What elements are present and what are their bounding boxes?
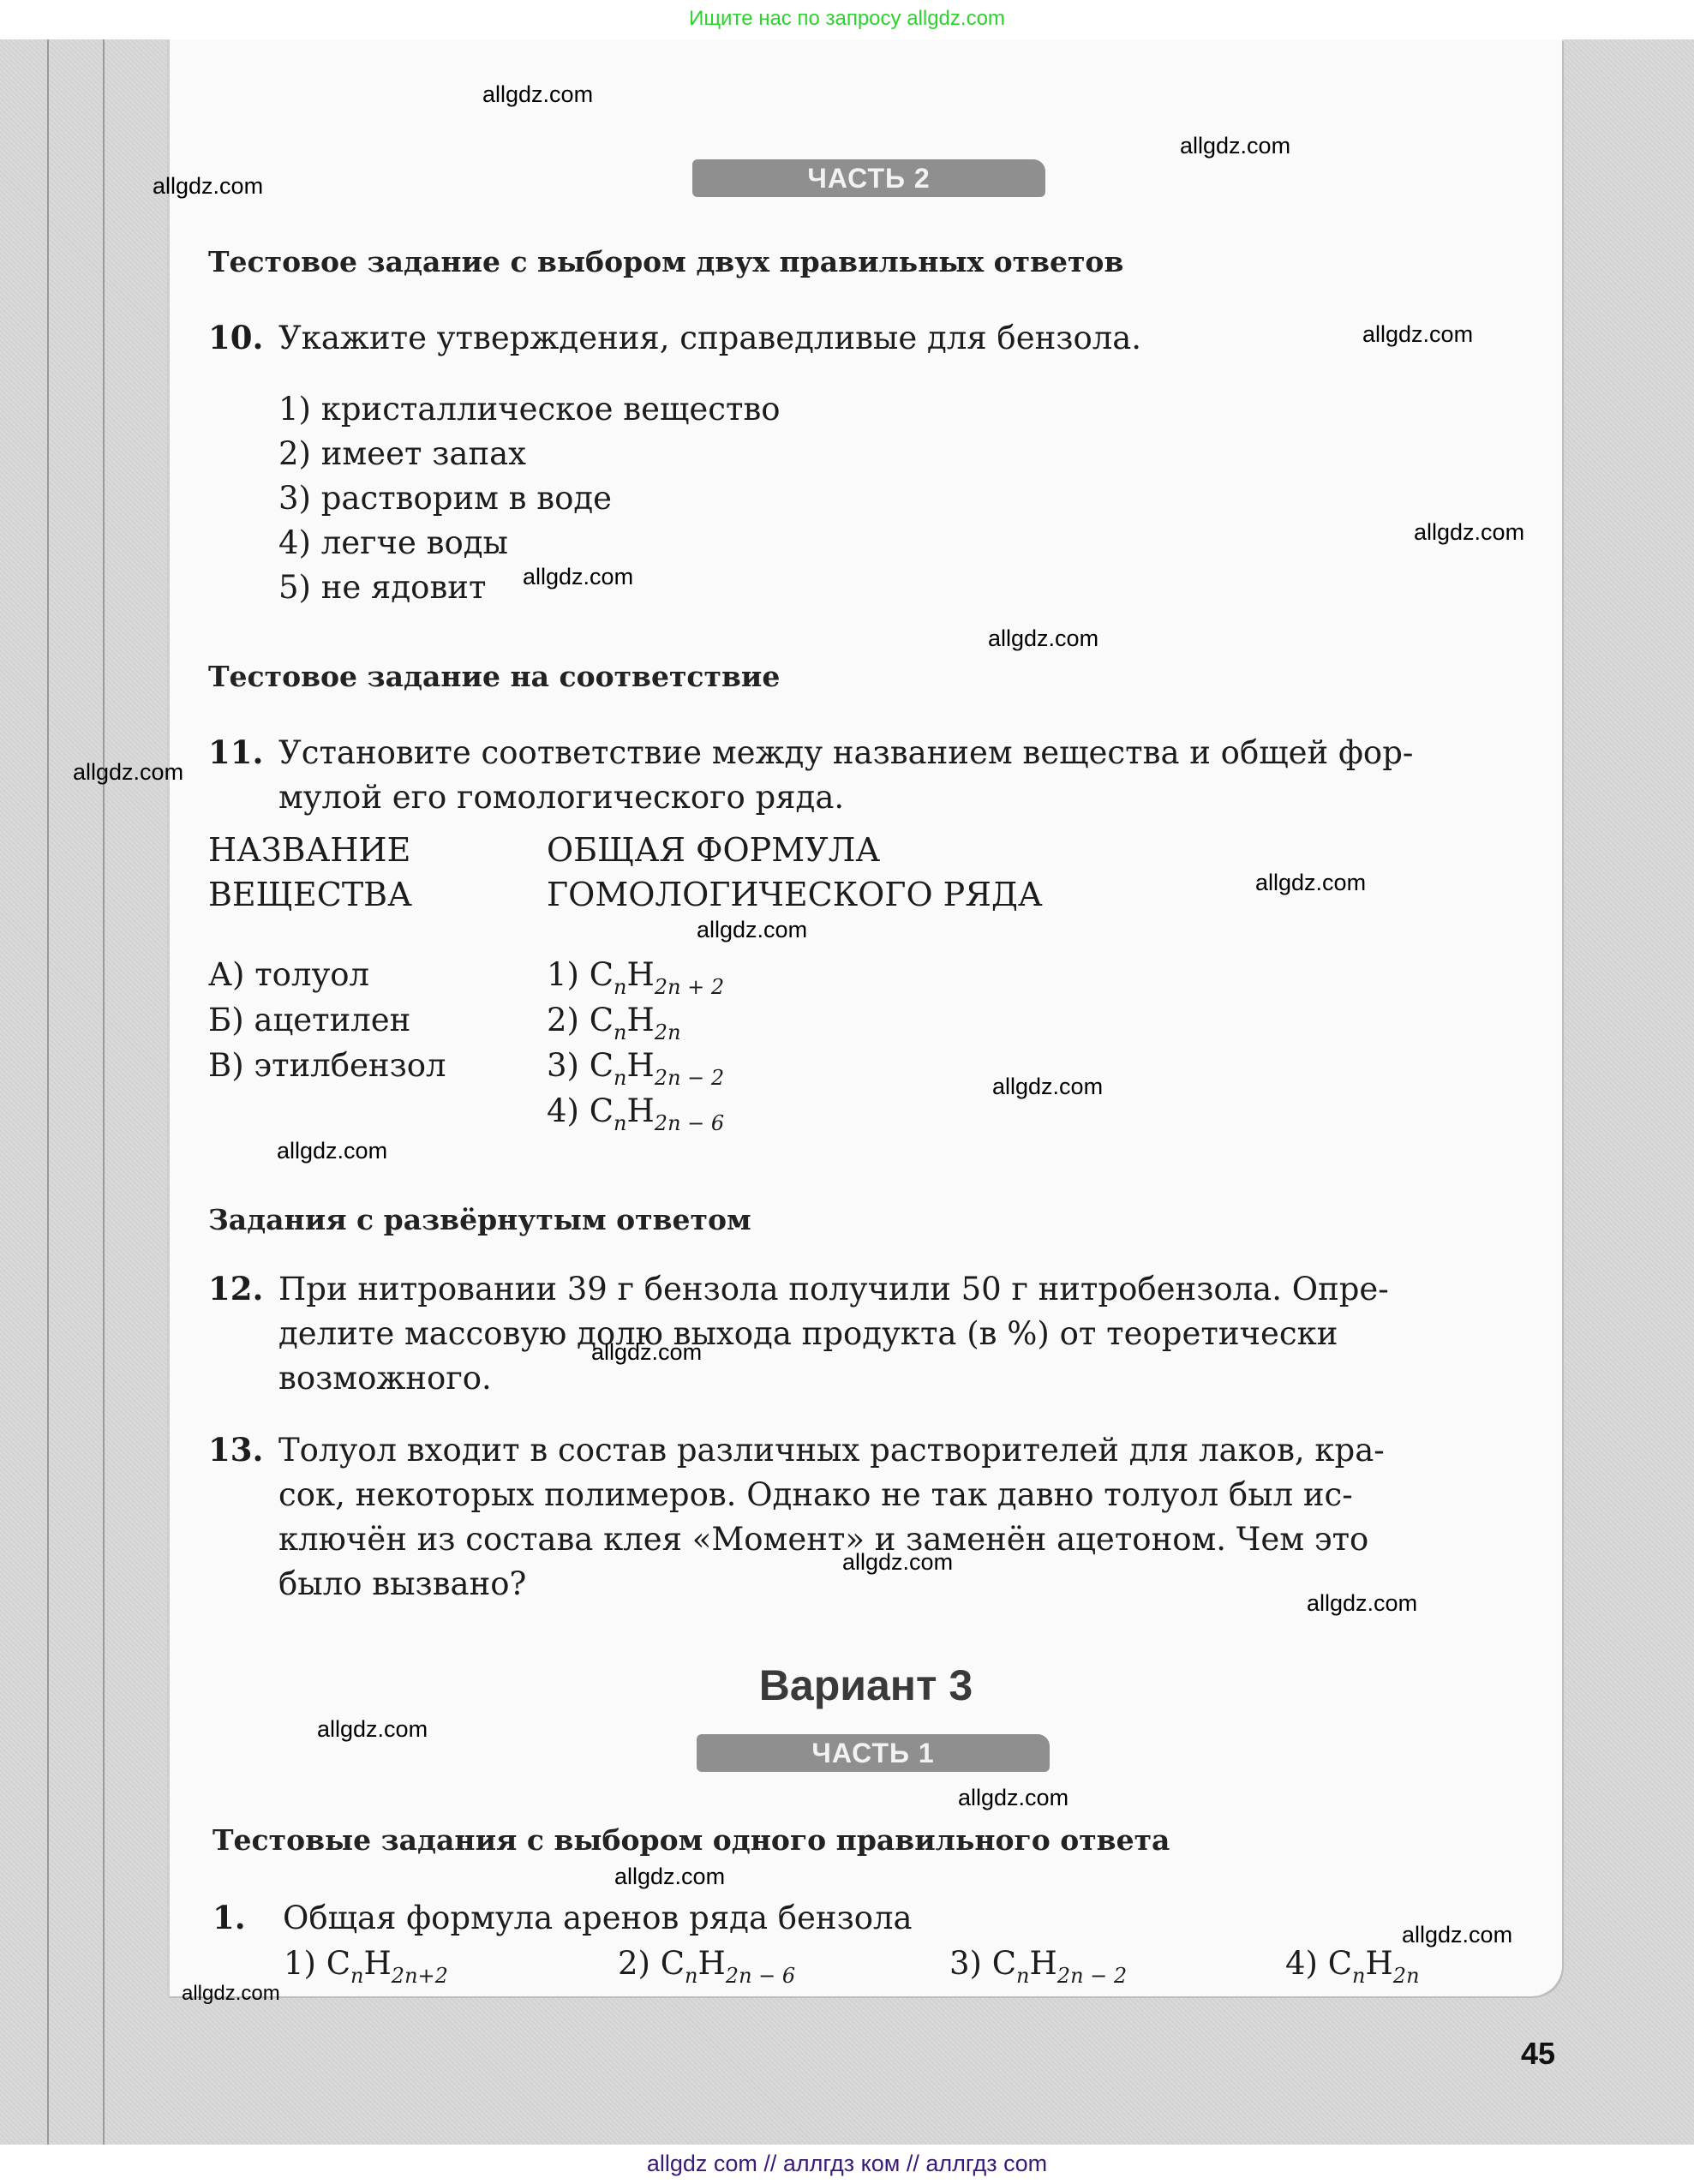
section-heading-matching: Тестовое задание на соответствие bbox=[208, 660, 780, 693]
question-text: Установите соответствие между названием … bbox=[278, 734, 1413, 771]
question-text: При нитровании 39 г бензола получили 50 … bbox=[278, 1271, 1389, 1307]
part-2-tab: ЧАСТЬ 2 bbox=[692, 159, 1045, 197]
question-text: возможного. bbox=[208, 1356, 1528, 1401]
part-1-tab: ЧАСТЬ 1 bbox=[697, 1734, 1050, 1772]
top-banner: Ищите нас по запросу allgdz.com bbox=[0, 0, 1694, 39]
formula-item: 3) CnH2n − 2 bbox=[547, 1047, 724, 1090]
watermark: allgdz.com bbox=[182, 1982, 280, 2006]
watermark: allgdz.com bbox=[1180, 133, 1290, 159]
watermark: allgdz.com bbox=[992, 1074, 1103, 1100]
page-number: 45 bbox=[1521, 2036, 1555, 2072]
watermark: allgdz.com bbox=[1307, 1590, 1417, 1617]
variant-title: Вариант 3 bbox=[170, 1660, 1562, 1710]
question-v3-1: 1.Общая формула аренов ряда бензола bbox=[212, 1895, 913, 1941]
question-number: 10. bbox=[208, 315, 278, 360]
watermark: allgdz.com bbox=[1402, 1922, 1512, 1948]
substance-item: Б) ацетилен bbox=[208, 1002, 410, 1038]
watermark: allgdz.com bbox=[523, 564, 633, 590]
watermark: allgdz.com bbox=[697, 917, 807, 943]
watermark: allgdz.com bbox=[614, 1864, 725, 1890]
question-text: делите массовую долю выхода продукта (в … bbox=[208, 1312, 1528, 1356]
answer-option: 2) CnH2n − 6 bbox=[618, 1945, 795, 1988]
header-line: НАЗВАНИЕ bbox=[208, 828, 412, 872]
header-line: ВЕЩЕСТВА bbox=[208, 872, 412, 917]
substance-item: А) толуол bbox=[208, 956, 369, 993]
formula-item: 4) CnH2n − 6 bbox=[547, 1092, 724, 1135]
watermark: allgdz.com bbox=[73, 759, 183, 786]
question-number: 11. bbox=[208, 730, 278, 775]
answer-option: 1) CnH2n+2 bbox=[284, 1945, 448, 1988]
question-text: Толуол входит в состав различных раствор… bbox=[278, 1432, 1385, 1469]
question-text: мулой его гомологического ряда. bbox=[208, 775, 1528, 820]
section-heading-one-answer: Тестовые задания с выбором одного правил… bbox=[212, 1823, 1170, 1857]
book-spine-line bbox=[47, 39, 49, 2145]
option: 1) кристаллическое вещество bbox=[278, 391, 781, 428]
question-11: 11.Установите соответствие между названи… bbox=[208, 730, 1528, 820]
section-heading-two-answers: Тестовое задание с выбором двух правильн… bbox=[208, 245, 1123, 278]
question-12: 12.При нитровании 39 г бензола получили … bbox=[208, 1266, 1528, 1401]
watermark: allgdz.com bbox=[153, 173, 263, 200]
watermark: allgdz.com bbox=[1362, 321, 1473, 348]
formula-item: 2) CnH2n bbox=[547, 1002, 681, 1044]
column-header-substance: НАЗВАНИЕ ВЕЩЕСТВА bbox=[208, 828, 412, 917]
option: 4) легче воды bbox=[278, 524, 508, 561]
question-number: 12. bbox=[208, 1266, 278, 1311]
answer-option: 4) CnH2n bbox=[1285, 1945, 1420, 1988]
option: 2) имеет запах bbox=[278, 435, 526, 472]
watermark: allgdz.com bbox=[482, 81, 593, 108]
watermark: allgdz.com bbox=[1255, 870, 1366, 896]
question-text: сок, некоторых полимеров. Однако не так … bbox=[208, 1473, 1528, 1517]
header-line: ГОМОЛОГИЧЕСКОГО РЯДА bbox=[547, 872, 1043, 917]
question-10: 10.Укажите утверждения, справедливые для… bbox=[208, 315, 1141, 361]
option: 3) растворим в воде bbox=[278, 480, 612, 517]
watermark: allgdz.com bbox=[958, 1785, 1068, 1811]
book-spine-line bbox=[103, 39, 105, 2145]
bottom-banner: allgdz com // аллгдз ком // аллгдз com bbox=[0, 2145, 1694, 2184]
watermark: allgdz.com bbox=[591, 1339, 702, 1366]
question-number: 13. bbox=[208, 1427, 278, 1472]
watermark: allgdz.com bbox=[988, 625, 1098, 652]
question-13: 13.Толуол входит в состав различных раст… bbox=[208, 1427, 1528, 1607]
question-number: 1. bbox=[212, 1895, 283, 1940]
watermark: allgdz.com bbox=[277, 1138, 387, 1164]
answer-option: 3) CnH2n − 2 bbox=[949, 1945, 1127, 1988]
watermark: allgdz.com bbox=[317, 1716, 428, 1743]
textbook-page: ЧАСТЬ 2 Тестовое задание с выбором двух … bbox=[167, 39, 1562, 1996]
question-text: Укажите утверждения, справедливые для бе… bbox=[278, 320, 1141, 356]
substance-item: В) этилбензол bbox=[208, 1047, 446, 1084]
formula-item: 1) CnH2n + 2 bbox=[547, 956, 724, 999]
watermark: allgdz.com bbox=[842, 1549, 953, 1576]
watermark: allgdz.com bbox=[1414, 519, 1524, 546]
section-heading-extended: Задания с развёрнутым ответом bbox=[208, 1203, 751, 1236]
option: 5) не ядовит bbox=[278, 569, 486, 606]
header-line: ОБЩАЯ ФОРМУЛА bbox=[547, 828, 1043, 872]
question-text: Общая формула аренов ряда бензола bbox=[283, 1900, 913, 1936]
column-header-formula: ОБЩАЯ ФОРМУЛА ГОМОЛОГИЧЕСКОГО РЯДА bbox=[547, 828, 1043, 917]
